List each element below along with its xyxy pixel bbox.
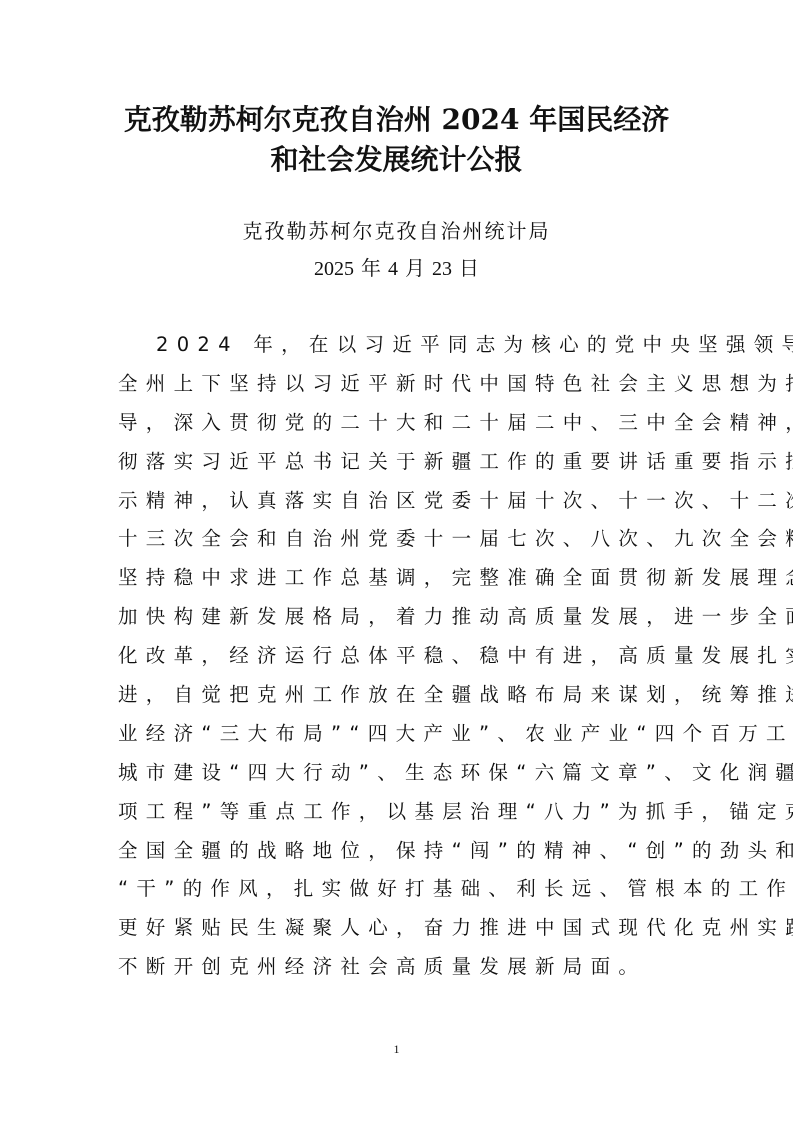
paragraph-line: 不断开创克州经济社会高质量发展新局面。 [118,948,680,987]
paragraph-line: 业经济“三大布局”“四大产业”、农业产业“四个百万工程”、 [118,715,680,754]
paragraph-line: 坚持稳中求进工作总基调，完整准确全面贯彻新发展理念， [118,559,680,598]
paragraph-line: 2024 年，在以习近平同志为核心的党中央坚强领导下， [118,326,680,365]
issuing-authority: 克孜勒苏柯尔克孜自治州统计局 [0,218,793,244]
document-title: 克孜勒苏柯尔克孜自治州 2024 年国民经济 和社会发展统计公报 [0,100,793,180]
title-line-2: 和社会发展统计公报 [0,140,793,180]
paragraph-line: 项工程”等重点工作，以基层治理“八力”为抓手，锚定克州在 [118,793,680,832]
paragraph-line: 示精神，认真落实自治区党委十届十次、十一次、十二次、 [118,482,680,521]
paragraph-line: 加快构建新发展格局，着力推动高质量发展，进一步全面深 [118,598,680,637]
paragraph-line: 更好紧贴民生凝聚人心，奋力推进中国式现代化克州实践， [118,909,680,948]
paragraph-line: 城市建设“四大行动”、生态环保“六篇文章”、文化润疆“十二 [118,754,680,793]
paragraph-line: 全州上下坚持以习近平新时代中国特色社会主义思想为指 [118,365,680,404]
paragraph-line: “干”的作风，扎实做好打基础、利长远、管根本的工作， [118,870,680,909]
title-line-1: 克孜勒苏柯尔克孜自治州 2024 年国民经济 [0,100,793,140]
page-number: 1 [0,1042,793,1056]
paragraph-line: 全国全疆的战略地位，保持“闯”的精神、“创”的劲头和 [118,832,680,871]
paragraph-line: 进，自觉把克州工作放在全疆战略布局来谋划，统筹推进工 [118,676,680,715]
paragraph-line: 化改革，经济运行总体平稳、稳中有进，高质量发展扎实推 [118,637,680,676]
document-page: 克孜勒苏柯尔克孜自治州 2024 年国民经济 和社会发展统计公报 克孜勒苏柯尔克… [0,0,793,1122]
paragraph-line: 十三次全会和自治州党委十一届七次、八次、九次全会精神， [118,520,680,559]
paragraph-line: 彻落实习近平总书记关于新疆工作的重要讲话重要指示批 [118,443,680,482]
intro-paragraph: 2024 年，在以习近平同志为核心的党中央坚强领导下， 全州上下坚持以习近平新时… [118,326,680,987]
paragraph-line: 导，深入贯彻党的二十大和二十届二中、三中全会精神，贯 [118,404,680,443]
publication-date: 2025 年 4 月 23 日 [0,256,793,282]
